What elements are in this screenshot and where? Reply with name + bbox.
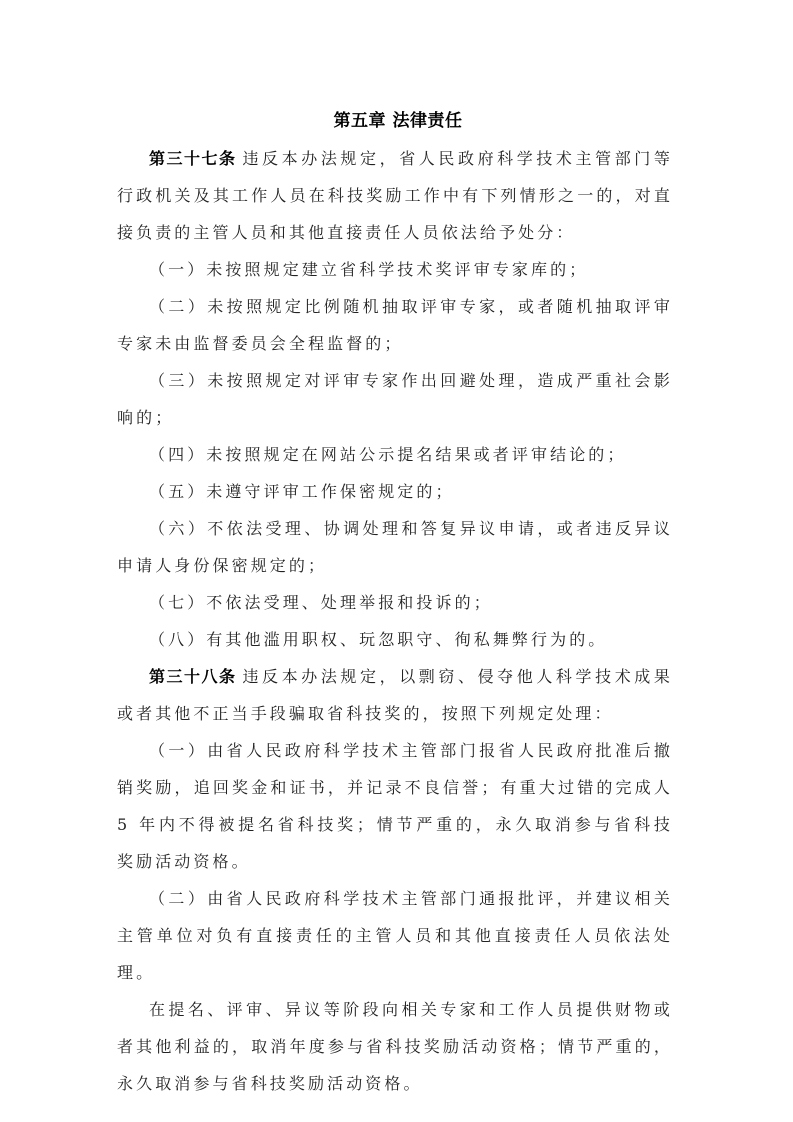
article-38-intro: 第三十八条违反本办法规定，以剽窃、侵夺他人科学技术成果或者其他不正当手段骗取省科… xyxy=(117,658,673,732)
article-number: 第三十七条 xyxy=(149,149,236,168)
article-number: 第三十八条 xyxy=(149,667,236,686)
chapter-title: 第五章 法律责任 xyxy=(117,103,673,140)
article-37-item-2: （二）未按照规定比例随机抽取评审专家，或者随机抽取评审专家未由监督委员会全程监督… xyxy=(117,288,673,362)
article-37-intro: 第三十七条违反本办法规定，省人民政府科学技术主管部门等行政机关及其工作人员在科技… xyxy=(117,140,673,251)
article-38-closing: 在提名、评审、异议等阶段向相关专家和工作人员提供财物或者其他利益的，取消年度参与… xyxy=(117,991,673,1102)
article-37-item-8: （八）有其他滥用职权、玩忽职守、徇私舞弊行为的。 xyxy=(117,621,673,658)
article-37-item-3: （三）未按照规定对评审专家作出回避处理，造成严重社会影响的； xyxy=(117,362,673,436)
document-page: 第五章 法律责任 第三十七条违反本办法规定，省人民政府科学技术主管部门等行政机关… xyxy=(0,0,793,1122)
article-37-item-7: （七）不依法受理、处理举报和投诉的； xyxy=(117,584,673,621)
article-38-item-2: （二）由省人民政府科学技术主管部门通报批评，并建议相关主管单位对负有直接责任的主… xyxy=(117,880,673,991)
article-37-item-1: （一）未按照规定建立省科学技术奖评审专家库的； xyxy=(117,251,673,288)
article-37-item-6: （六）不依法受理、协调处理和答复异议申请，或者违反异议申请人身份保密规定的； xyxy=(117,510,673,584)
article-38-item-1: （一）由省人民政府科学技术主管部门报省人民政府批准后撤销奖励，追回奖金和证书，并… xyxy=(117,732,673,880)
article-37-item-5: （五）未遵守评审工作保密规定的； xyxy=(117,473,673,510)
document-body: 第五章 法律责任 第三十七条违反本办法规定，省人民政府科学技术主管部门等行政机关… xyxy=(117,103,673,1102)
article-37-item-4: （四）未按照规定在网站公示提名结果或者评审结论的； xyxy=(117,436,673,473)
